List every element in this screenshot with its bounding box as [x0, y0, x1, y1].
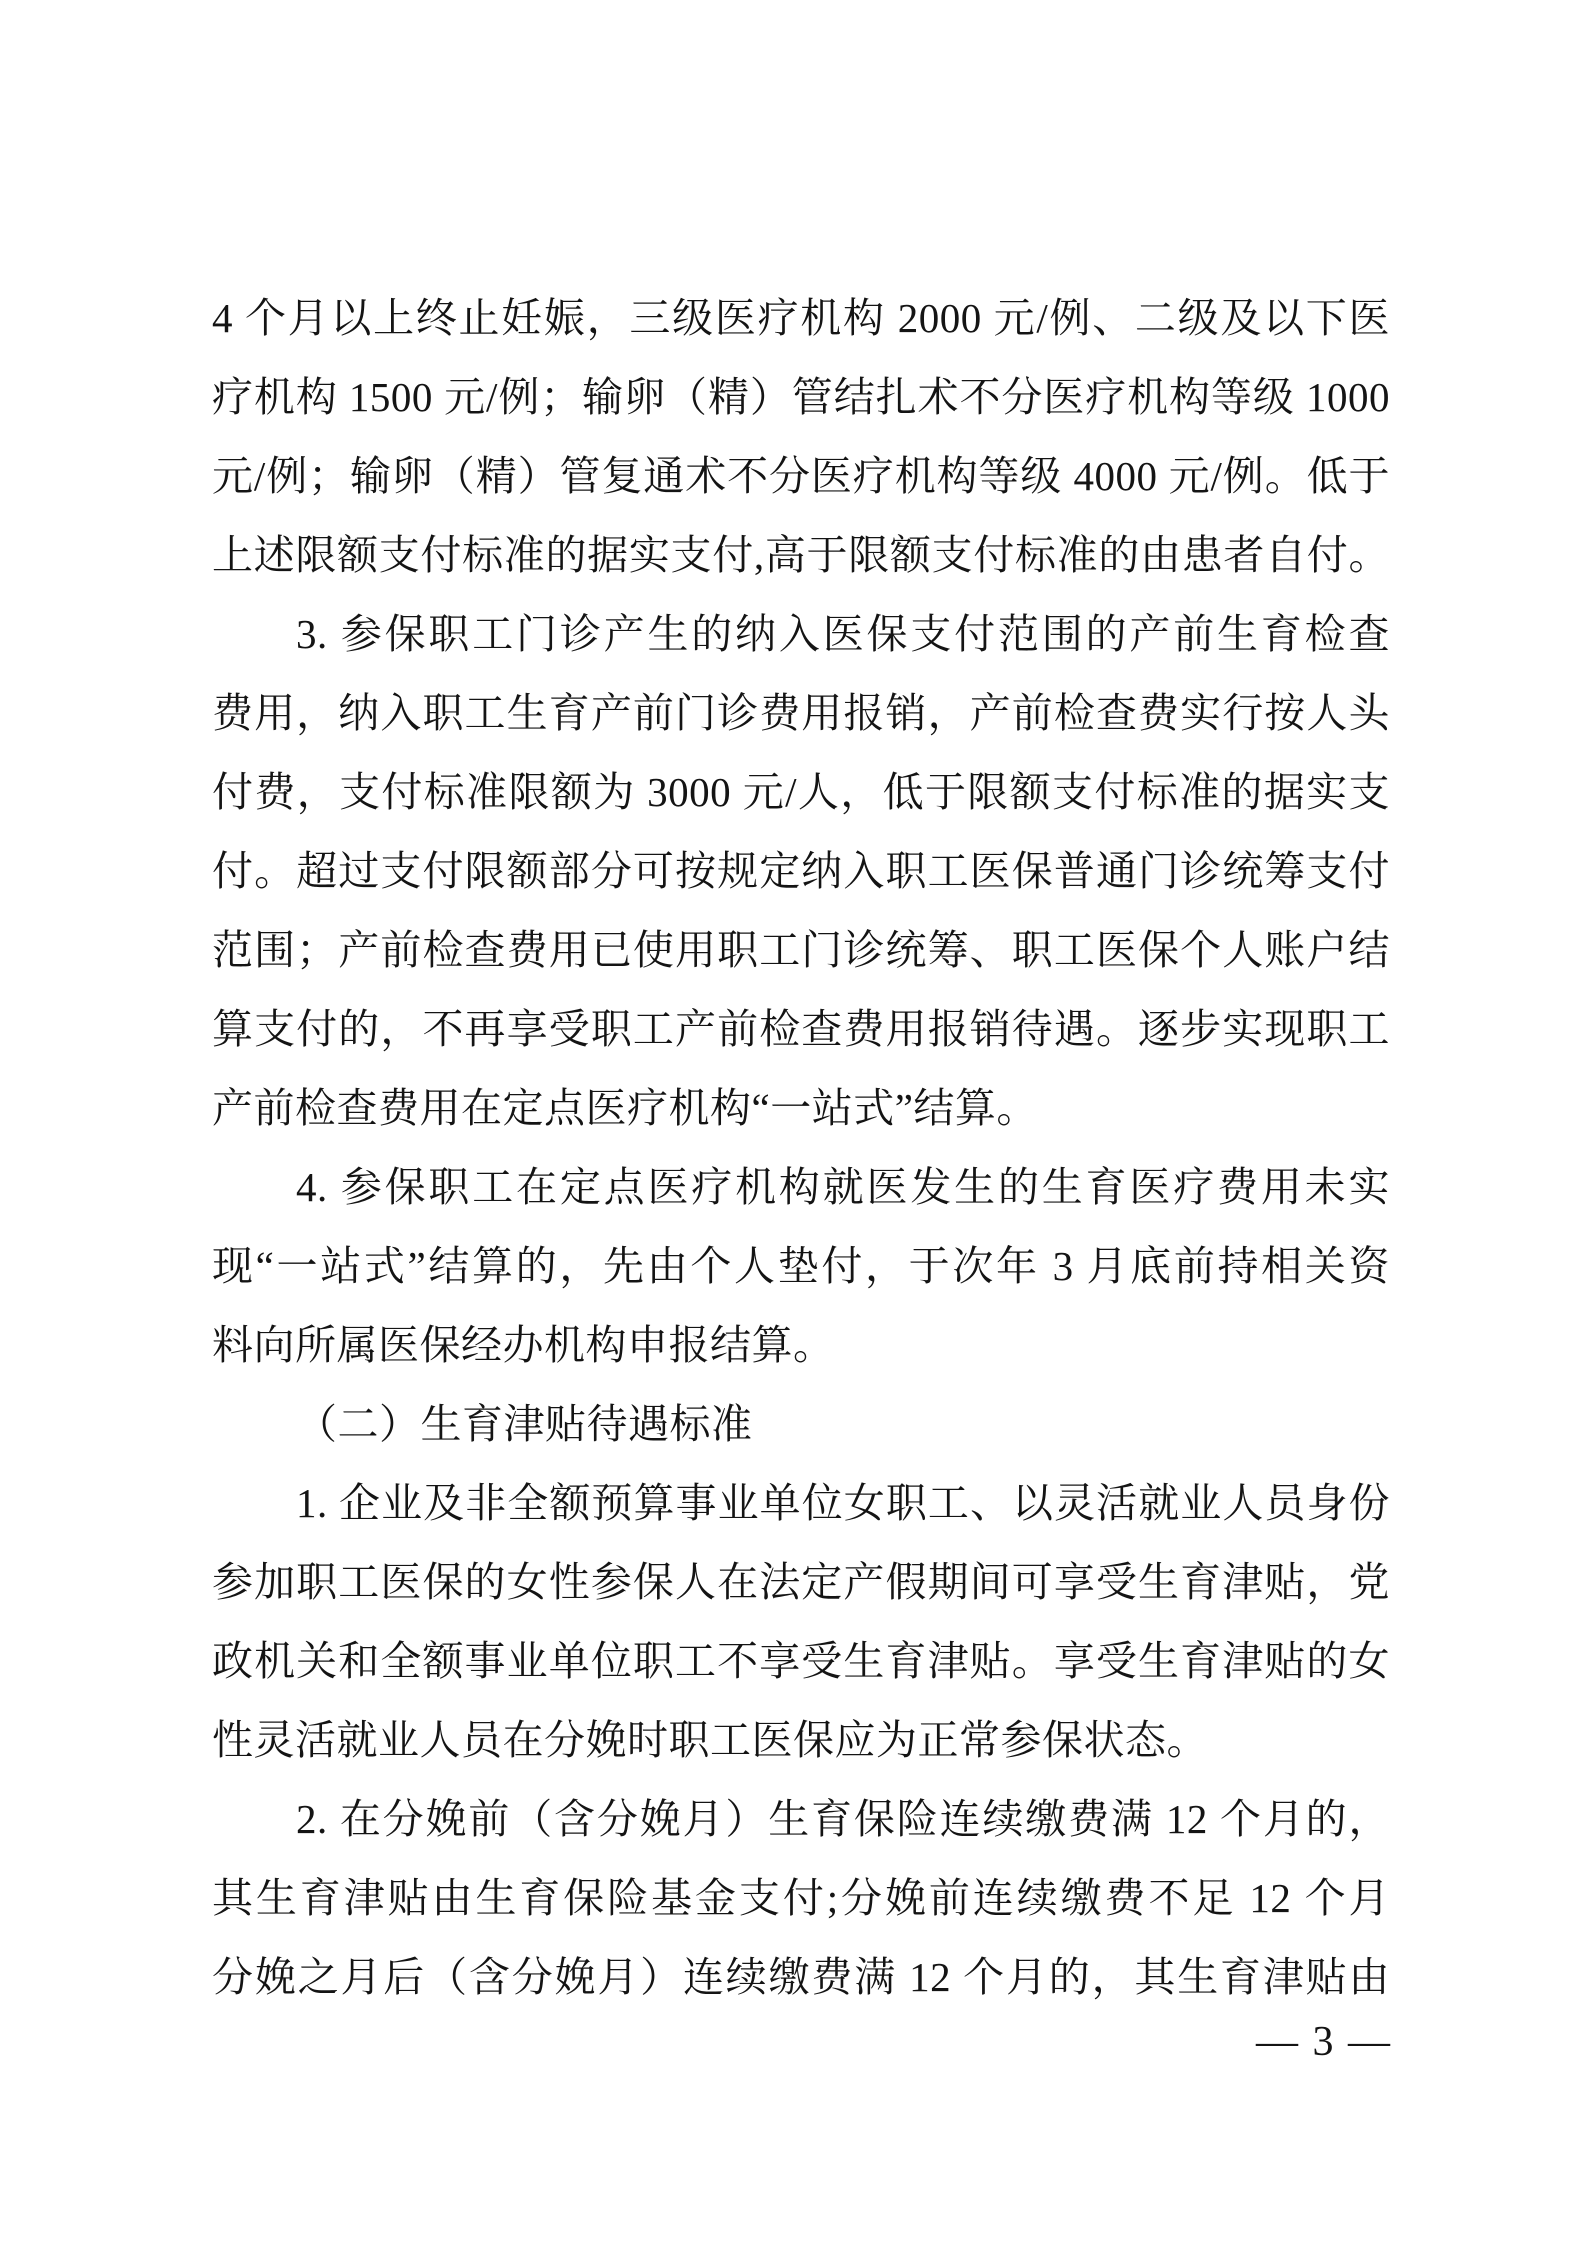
document-line: 费用，纳入职工生育产前门诊费用报销，产前检查费实行按人头	[212, 674, 1390, 753]
document-line: 元/例；输卵（精）管复通术不分医疗机构等级 4000 元/例。低于	[212, 437, 1390, 516]
document-line: 性灵活就业人员在分娩时职工医保应为正常参保状态。	[212, 1701, 1390, 1780]
document-line: 参加职工医保的女性参保人在法定产假期间可享受生育津贴，党	[212, 1543, 1390, 1622]
document-line: 其生育津贴由生育保险基金支付;分娩前连续缴费不足 12 个月的，	[212, 1859, 1390, 1938]
document-line: 付。超过支付限额部分可按规定纳入职工医保普通门诊统筹支付	[212, 832, 1390, 911]
document-line: 分娩之月后（含分娩月）连续缴费满 12 个月的，其生育津贴由生	[212, 1938, 1390, 2017]
document-line: 料向所属医保经办机构申报结算。	[212, 1306, 1390, 1385]
document-line: 2. 在分娩前（含分娩月）生育保险连续缴费满 12 个月的，	[212, 1780, 1390, 1859]
document-line: 1. 企业及非全额预算事业单位女职工、以灵活就业人员身份	[212, 1464, 1390, 1543]
document-line: 4. 参保职工在定点医疗机构就医发生的生育医疗费用未实	[212, 1148, 1390, 1227]
document-line: 上述限额支付标准的据实支付,高于限额支付标准的由患者自付。	[212, 516, 1390, 595]
document-line: 现“一站式”结算的，先由个人垫付，于次年 3 月底前持相关资	[212, 1227, 1390, 1306]
document-line: 4 个月以上终止妊娠，三级医疗机构 2000 元/例、二级及以下医	[212, 279, 1390, 358]
page-number: — 3 —	[1256, 2012, 1392, 2072]
document-line: 政机关和全额事业单位职工不享受生育津贴。享受生育津贴的女	[212, 1622, 1390, 1701]
document-line: 产前检查费用在定点医疗机构“一站式”结算。	[212, 1069, 1390, 1148]
document-line: 疗机构 1500 元/例；输卵（精）管结扎术不分医疗机构等级 1000	[212, 358, 1390, 437]
document-line: 3. 参保职工门诊产生的纳入医保支付范围的产前生育检查	[212, 595, 1390, 674]
document-line: 范围；产前检查费用已使用职工门诊统筹、职工医保个人账户结	[212, 911, 1390, 990]
document-body: 4 个月以上终止妊娠，三级医疗机构 2000 元/例、二级及以下医疗机构 150…	[212, 279, 1390, 2017]
document-line: 算支付的，不再享受职工产前检查费用报销待遇。逐步实现职工	[212, 990, 1390, 1069]
document-page: 4 个月以上终止妊娠，三级医疗机构 2000 元/例、二级及以下医疗机构 150…	[0, 0, 1592, 2258]
document-line: （二）生育津贴待遇标准	[212, 1385, 1390, 1464]
document-line: 付费，支付标准限额为 3000 元/人，低于限额支付标准的据实支	[212, 753, 1390, 832]
